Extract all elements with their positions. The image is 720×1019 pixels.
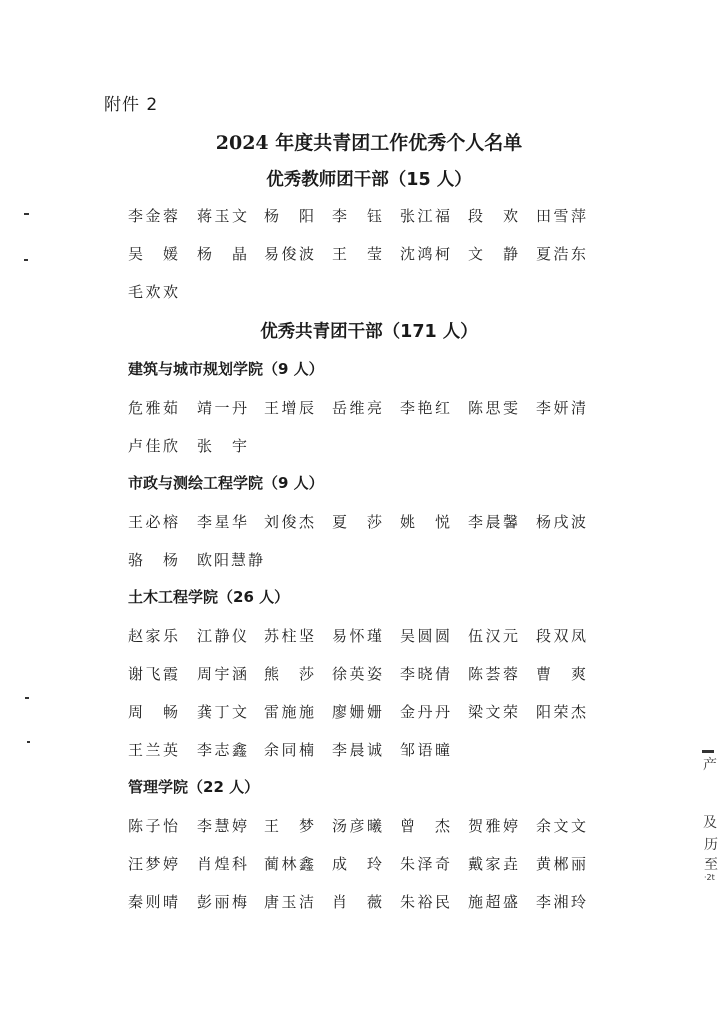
person-name: 夏莎 <box>332 511 382 533</box>
person-name: 彭丽梅 <box>197 891 247 913</box>
person-name: 秦则晴 <box>128 891 178 913</box>
section-title-league-cadres: 优秀共青团干部（171 人） <box>0 318 720 343</box>
name-row: 李金蓉蒋玉文杨阳李钰张江福段欢田雪萍 <box>128 205 608 227</box>
person-name: 李妍清 <box>536 397 586 419</box>
name-row: 周畅龚丁文雷施施廖姗姗金丹丹梁文荣阳荣杰 <box>128 701 608 723</box>
person-name: 陈思雯 <box>468 397 518 419</box>
scan-mark <box>24 213 29 215</box>
person-name: 周畅 <box>128 701 178 723</box>
person-name: 廖姗姗 <box>332 701 382 723</box>
college-heading-municipal: 市政与测绘工程学院（9 人） <box>128 472 324 493</box>
person-name: 金丹丹 <box>400 701 450 723</box>
name-row: 陈子怡李慧婷王梦汤彦曦曾杰贺雅婷余文文 <box>128 815 608 837</box>
attachment-label: 附件 2 <box>104 90 158 115</box>
person-name: 曾杰 <box>400 815 450 837</box>
person-name: 肖煌科 <box>197 853 247 875</box>
person-name: 欧阳慧静 <box>197 549 263 571</box>
name-row: 王必榕李星华刘俊杰夏莎姚悦李晨馨杨戌波 <box>128 511 608 533</box>
person-name: 杨晶 <box>197 243 247 265</box>
person-name: 雷施施 <box>264 701 314 723</box>
person-name: 李慧婷 <box>197 815 247 837</box>
college-heading-management: 管理学院（22 人） <box>128 776 259 797</box>
person-name: 危雅茹 <box>128 397 178 419</box>
person-name: 王梦 <box>264 815 314 837</box>
person-name: 李志鑫 <box>197 739 247 761</box>
person-name: 李钰 <box>332 205 382 227</box>
name-row: 王兰英李志鑫余同楠李晨诚邹语曈 <box>128 739 608 761</box>
person-name: 杨阳 <box>264 205 314 227</box>
person-name: 李晨馨 <box>468 511 518 533</box>
person-name: 岳维亮 <box>332 397 382 419</box>
person-name: 李湘玲 <box>536 891 586 913</box>
person-name: 余文文 <box>536 815 586 837</box>
person-name: 沈鸿柯 <box>400 243 450 265</box>
person-name: 夏浩东 <box>536 243 586 265</box>
person-name: 李金蓉 <box>128 205 178 227</box>
person-name: 徐英姿 <box>332 663 382 685</box>
person-name: 周宇涵 <box>197 663 247 685</box>
person-name: 谢飞霞 <box>128 663 178 685</box>
scan-edge-text: 及 <box>703 812 717 832</box>
person-name: 曹爽 <box>536 663 586 685</box>
section-title-teacher-cadres: 优秀教师团干部（15 人） <box>0 166 720 191</box>
person-name: 毛欢欢 <box>128 281 178 303</box>
college-heading-architecture: 建筑与城市规划学院（9 人） <box>128 358 324 379</box>
person-name: 段双凤 <box>536 625 586 647</box>
person-name: 朱泽奇 <box>400 853 450 875</box>
person-name: 李晓倩 <box>400 663 450 685</box>
scan-mark <box>24 259 28 261</box>
person-name: 刘俊杰 <box>264 511 314 533</box>
person-name: 成玲 <box>332 853 382 875</box>
person-name: 贺雅婷 <box>468 815 518 837</box>
person-name: 熊莎 <box>264 663 314 685</box>
person-name: 易俊波 <box>264 243 314 265</box>
scan-mark <box>25 697 29 699</box>
person-name: 文静 <box>468 243 518 265</box>
person-name: 王莹 <box>332 243 382 265</box>
person-name: 李星华 <box>197 511 247 533</box>
person-name: 陈子怡 <box>128 815 178 837</box>
person-name: 苏柱坚 <box>264 625 314 647</box>
person-name: 卢佳欣 <box>128 435 178 457</box>
name-row: 毛欢欢 <box>128 281 608 303</box>
person-name: 梁文荣 <box>468 701 518 723</box>
scan-mark <box>702 750 714 753</box>
person-name: 余同楠 <box>264 739 314 761</box>
person-name: 吴媛 <box>128 243 178 265</box>
name-row: 危雅茹靖一丹王增辰岳维亮李艳红陈思雯李妍清 <box>128 397 608 419</box>
name-row: 秦则晴彭丽梅唐玉洁肖薇朱裕民施超盛李湘玲 <box>128 891 608 913</box>
scan-edge-text: ·2t <box>704 873 715 882</box>
scan-edge-text: 至 <box>704 854 718 874</box>
person-name: 黄郴丽 <box>536 853 586 875</box>
name-row: 谢飞霞周宇涵熊莎徐英姿李晓倩陈荟蓉曹爽 <box>128 663 608 685</box>
person-name: 朱裕民 <box>400 891 450 913</box>
person-name: 靖一丹 <box>197 397 247 419</box>
person-name: 伍汉元 <box>468 625 518 647</box>
person-name: 肖薇 <box>332 891 382 913</box>
person-name: 唐玉洁 <box>264 891 314 913</box>
person-name: 龚丁文 <box>197 701 247 723</box>
person-name: 杨戌波 <box>536 511 586 533</box>
document-title: 2024 年度共青团工作优秀个人名单 <box>0 128 720 155</box>
name-row: 卢佳欣张宇 <box>128 435 608 457</box>
person-name: 赵家乐 <box>128 625 178 647</box>
name-row: 赵家乐江静仪苏柱坚易怀瑾吴圆圆伍汉元段双凤 <box>128 625 608 647</box>
person-name: 蒋玉文 <box>197 205 247 227</box>
person-name: 吴圆圆 <box>400 625 450 647</box>
person-name: 易怀瑾 <box>332 625 382 647</box>
person-name: 蔺林鑫 <box>264 853 314 875</box>
name-row: 汪梦婷肖煌科蔺林鑫成玲朱泽奇戴家垚黄郴丽 <box>128 853 608 875</box>
person-name: 阳荣杰 <box>536 701 586 723</box>
person-name: 李晨诚 <box>332 739 382 761</box>
person-name: 施超盛 <box>468 891 518 913</box>
person-name: 邹语曈 <box>400 739 450 761</box>
college-heading-civil: 土木工程学院（26 人） <box>128 586 289 607</box>
person-name: 汤彦曦 <box>332 815 382 837</box>
person-name: 戴家垚 <box>468 853 518 875</box>
person-name: 姚悦 <box>400 511 450 533</box>
person-name: 张宇 <box>197 435 247 457</box>
person-name: 田雪萍 <box>536 205 586 227</box>
scan-mark <box>27 741 30 743</box>
person-name: 骆杨 <box>128 549 178 571</box>
document-page: 附件 2 2024 年度共青团工作优秀个人名单 优秀教师团干部（15 人） 李金… <box>0 0 720 1019</box>
scan-edge-text: 产 <box>703 754 717 774</box>
person-name: 王兰英 <box>128 739 178 761</box>
person-name: 陈荟蓉 <box>468 663 518 685</box>
person-name: 张江福 <box>400 205 450 227</box>
name-row: 骆杨欧阳慧静 <box>128 549 608 571</box>
person-name: 段欢 <box>468 205 518 227</box>
person-name: 汪梦婷 <box>128 853 178 875</box>
name-row: 吴媛杨晶易俊波王莹沈鸿柯文静夏浩东 <box>128 243 608 265</box>
person-name: 李艳红 <box>400 397 450 419</box>
person-name: 王必榕 <box>128 511 178 533</box>
scan-edge-text: 历 <box>704 834 718 854</box>
person-name: 王增辰 <box>264 397 314 419</box>
person-name: 江静仪 <box>197 625 247 647</box>
